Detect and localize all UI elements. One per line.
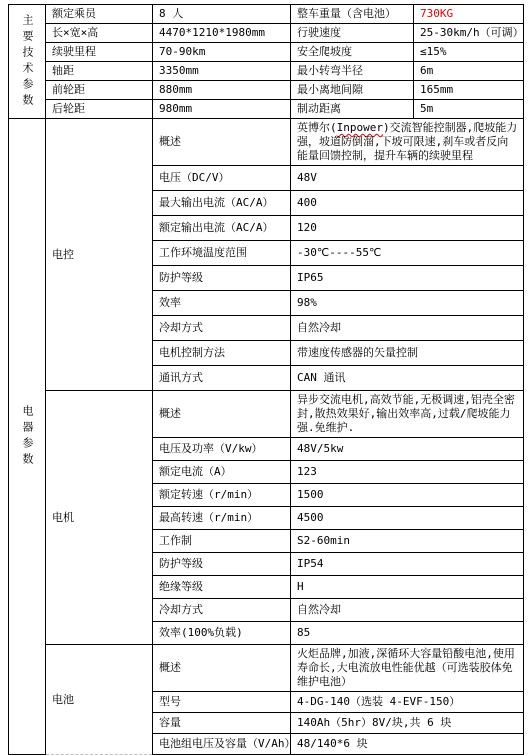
- value-cell: 98%: [291, 291, 524, 316]
- value-cell: 火炬品牌,加液,深循环大容量铅酸电池,使用寿命长,大电流放电性能优越（可选装胶体…: [291, 645, 524, 692]
- value-cell: 165mm: [414, 81, 524, 100]
- table-row: 续驶里程70-90km安全爬坡度≤15%: [9, 43, 524, 62]
- param-cell: 额定乘员: [46, 5, 153, 24]
- misspelled-word: Inpower: [337, 121, 383, 134]
- value-cell: 400: [291, 191, 524, 216]
- group-label: 电器参数: [20, 405, 34, 469]
- param-cell: 容量: [153, 713, 291, 734]
- value-cell: 48V/5kw: [291, 438, 524, 461]
- param-cell: 最高转速（r/min）: [153, 507, 291, 530]
- subsection-label-cell: 电机: [46, 391, 153, 645]
- spec-table-body: 主要技术参数额定乘员8 人整车重量（含电池）730KG长×宽×高4470*121…: [9, 5, 524, 755]
- param-cell: 长×宽×高: [46, 24, 153, 43]
- param-cell: 概述: [153, 119, 291, 166]
- value-cell: 730KG: [414, 5, 524, 24]
- value-cell: 8 人: [153, 5, 291, 24]
- spec-table: 主要技术参数额定乘员8 人整车重量（含电池）730KG长×宽×高4470*121…: [8, 4, 524, 755]
- table-row: 前轮距880mm最小离地间隙165mm: [9, 81, 524, 100]
- value-cell: 25-30km/h（可调）: [414, 24, 524, 43]
- param-cell: 效率(100%负载): [153, 622, 291, 645]
- param-cell: 续驶里程: [46, 43, 153, 62]
- param-cell: 制动距离: [291, 100, 414, 119]
- param-cell: 最小转弯半径: [291, 62, 414, 81]
- value-cell: 120: [291, 216, 524, 241]
- table-row: 轴距3350mm最小转弯半径6m: [9, 62, 524, 81]
- param-cell: 行驶速度: [291, 24, 414, 43]
- value-cell: 5m: [414, 100, 524, 119]
- value-cell: 自然冷却: [291, 599, 524, 622]
- value-cell: 70-90km: [153, 43, 291, 62]
- param-cell: 概述: [153, 645, 291, 692]
- param-cell: 额定电流（A）: [153, 461, 291, 484]
- param-cell: 通讯方式: [153, 366, 291, 391]
- table-row: 长×宽×高4470*1210*1980mm行驶速度25-30km/h（可调）: [9, 24, 524, 43]
- value-cell: 980mm: [153, 100, 291, 119]
- value-cell: 1500: [291, 484, 524, 507]
- param-cell: 最小离地间隙: [291, 81, 414, 100]
- param-cell: 工作环境温度范围: [153, 241, 291, 266]
- param-cell: 绝缘等级: [153, 576, 291, 599]
- param-cell: 防护等级: [153, 553, 291, 576]
- param-cell: 冷却方式: [153, 316, 291, 341]
- param-cell: 轴距: [46, 62, 153, 81]
- param-cell: 安全爬坡度: [291, 43, 414, 62]
- param-cell: 前轮距: [46, 81, 153, 100]
- value-cell: 123: [291, 461, 524, 484]
- value-cell: CAN 通讯: [291, 366, 524, 391]
- value-cell: -30℃----55℃: [291, 241, 524, 266]
- subsection-label-cell: 电池: [46, 645, 153, 755]
- table-row: 电器参数电控概述英博尔(Inpower)交流智能控制器,爬坡能力强，坡道防倒溜,…: [9, 119, 524, 166]
- value-cell: 3350mm: [153, 62, 291, 81]
- value-cell: 48V: [291, 166, 524, 191]
- param-cell: 额定转速（r/min）: [153, 484, 291, 507]
- value-cell: ≤15%: [414, 43, 524, 62]
- value-text: 英博尔(: [297, 121, 337, 134]
- group-label: 主要技术参数: [20, 14, 34, 110]
- value-cell: 4500: [291, 507, 524, 530]
- param-cell: 电压及功率（V/kw）: [153, 438, 291, 461]
- spec-sheet: 主要技术参数额定乘员8 人整车重量（含电池）730KG长×宽×高4470*121…: [8, 4, 524, 755]
- value-cell: 48/140*6 块: [291, 734, 524, 755]
- param-cell: 效率: [153, 291, 291, 316]
- group-label-cell: 电器参数: [9, 119, 46, 755]
- value-cell: 带速度传感器的矢量控制: [291, 341, 524, 366]
- subsection-label-cell: 电控: [46, 119, 153, 391]
- value-cell: H: [291, 576, 524, 599]
- param-cell: 电池组电压及容量（V/Ah）: [153, 734, 291, 755]
- param-cell: 型号: [153, 692, 291, 713]
- param-cell: 最大输出电流（AC/A）: [153, 191, 291, 216]
- value-cell: S2-60min: [291, 530, 524, 553]
- page: { "colors": { "highlight_red": "#e60000"…: [0, 0, 529, 690]
- value-cell: IP65: [291, 266, 524, 291]
- param-cell: 概述: [153, 391, 291, 438]
- param-cell: 后轮距: [46, 100, 153, 119]
- value-cell: 6m: [414, 62, 524, 81]
- param-cell: 电压（DC/V）: [153, 166, 291, 191]
- value-cell: 85: [291, 622, 524, 645]
- param-cell: 冷却方式: [153, 599, 291, 622]
- table-row: 主要技术参数额定乘员8 人整车重量（含电池）730KG: [9, 5, 524, 24]
- value-cell: 英博尔(Inpower)交流智能控制器,爬坡能力强，坡道防倒溜,下坡可限速,刹车…: [291, 119, 524, 166]
- value-cell: 4-DG-140（选装 4-EVF-150）: [291, 692, 524, 713]
- table-row: 电机概述异步交流电机,高效节能,无极调速,铝壳全密封,散热效果好,输出效率高,过…: [9, 391, 524, 438]
- table-row: 电池概述火炬品牌,加液,深循环大容量铅酸电池,使用寿命长,大电流放电性能优越（可…: [9, 645, 524, 692]
- value-cell: 880mm: [153, 81, 291, 100]
- param-cell: 额定输出电流（AC/A）: [153, 216, 291, 241]
- table-row: 后轮距980mm制动距离5m: [9, 100, 524, 119]
- value-cell: IP54: [291, 553, 524, 576]
- param-cell: 整车重量（含电池）: [291, 5, 414, 24]
- value-cell: 自然冷却: [291, 316, 524, 341]
- param-cell: 防护等级: [153, 266, 291, 291]
- value-cell: 异步交流电机,高效节能,无极调速,铝壳全密封,散热效果好,输出效率高,过载/爬坡…: [291, 391, 524, 438]
- param-cell: 电机控制方法: [153, 341, 291, 366]
- group-label-cell: 主要技术参数: [9, 5, 46, 119]
- value-cell: 140Ah（5hr）8V/块,共 6 块: [291, 713, 524, 734]
- value-cell: 4470*1210*1980mm: [153, 24, 291, 43]
- param-cell: 工作制: [153, 530, 291, 553]
